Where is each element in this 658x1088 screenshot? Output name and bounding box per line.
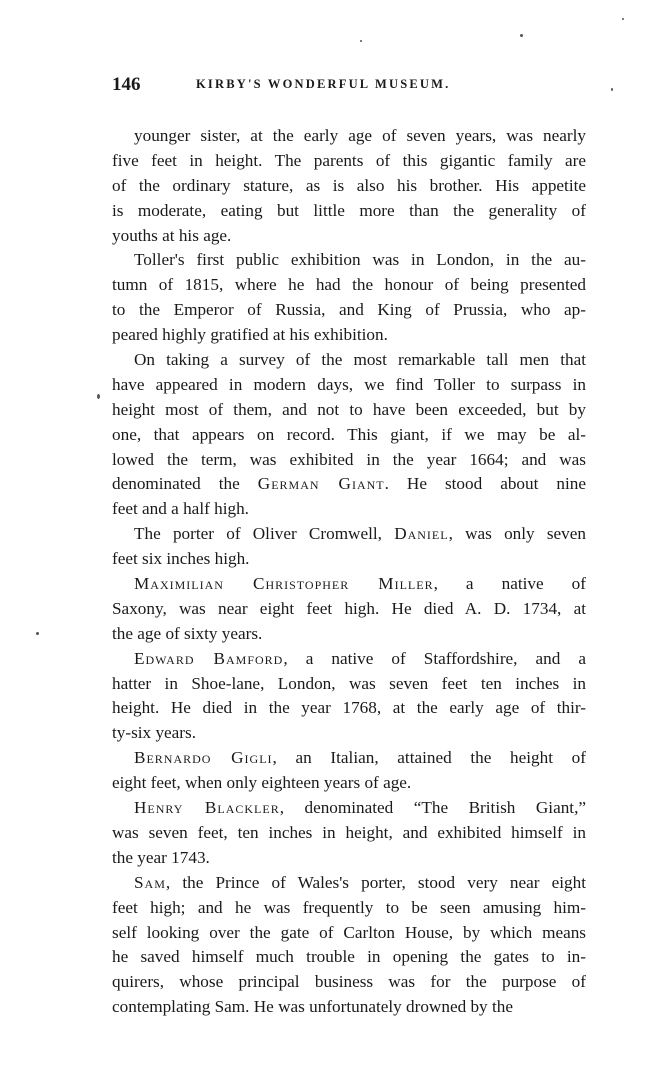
text-line: one, that appears on record. This giant,… [112, 423, 586, 448]
text-line: ty-six years. [112, 721, 586, 746]
text-line: feet and a half high. [112, 497, 586, 522]
paragraph: younger sister, at the early age of seve… [112, 124, 586, 248]
paragraph: Maximilian Christopher Miller, a native … [112, 572, 586, 647]
text-line: have appeared in modern days, we find To… [112, 373, 586, 398]
text-line: height most of them, and not to have bee… [112, 398, 586, 423]
text-line: five feet in height. The parents of this… [112, 149, 586, 174]
paragraph: Toller's first public exhibition was in … [112, 248, 586, 348]
text-line: the age of sixty years. [112, 622, 586, 647]
text-line: Saxony, was near eight feet high. He die… [112, 597, 586, 622]
scan-speck [360, 40, 362, 42]
text-line: The porter of Oliver Cromwell, Daniel, w… [112, 522, 586, 547]
text-line: peared highly gratified at his exhibitio… [112, 323, 586, 348]
scan-speck [622, 18, 624, 20]
text-line: self looking over the gate of Carlton Ho… [112, 921, 586, 946]
page-header: 146 KIRBY'S WONDERFUL MUSEUM. [112, 74, 586, 102]
text-line: eight feet, when only eighteen years of … [112, 771, 586, 796]
text-line: quirers, whose principal business was fo… [112, 970, 586, 995]
paragraph: The porter of Oliver Cromwell, Daniel, w… [112, 522, 586, 572]
page-number: 146 [112, 74, 141, 96]
text-line: lowed the term, was exhibited in the yea… [112, 448, 586, 473]
paragraph: Bernardo Gigli, an Italian, attained the… [112, 746, 586, 796]
text-line: to the Emperor of Russia, and King of Pr… [112, 298, 586, 323]
scan-speck [611, 88, 613, 91]
text-line: youths at his age. [112, 224, 586, 249]
text-line: of the ordinary stature, as is also his … [112, 174, 586, 199]
text-line: feet six inches high. [112, 547, 586, 572]
page-body: younger sister, at the early age of seve… [112, 124, 586, 1020]
scan-speck [97, 394, 100, 399]
text-line: denominated the German Giant. He stood a… [112, 472, 586, 497]
book-page: 146 KIRBY'S WONDERFUL MUSEUM. younger si… [112, 74, 586, 1020]
text-line: is moderate, eating but little more than… [112, 199, 586, 224]
text-line: Maximilian Christopher Miller, a native … [112, 572, 586, 597]
text-line: tumn of 1815, where he had the honour of… [112, 273, 586, 298]
text-line: Bernardo Gigli, an Italian, attained the… [112, 746, 586, 771]
scan-speck [36, 632, 39, 635]
text-line: was seven feet, ten inches in height, an… [112, 821, 586, 846]
text-line: height. He died in the year 1768, at the… [112, 696, 586, 721]
scan-speck [520, 34, 523, 37]
paragraph: Edward Bamford, a native of Staffordshir… [112, 647, 586, 747]
text-line: Sam, the Prince of Wales's porter, stood… [112, 871, 586, 896]
paragraph: Henry Blackler, denominated “The British… [112, 796, 586, 871]
text-line: the year 1743. [112, 846, 586, 871]
text-line: Edward Bamford, a native of Staffordshir… [112, 647, 586, 672]
text-line: he saved himself much trouble in opening… [112, 945, 586, 970]
paragraph: On taking a survey of the most remarkabl… [112, 348, 586, 522]
text-line: younger sister, at the early age of seve… [112, 124, 586, 149]
text-line: hatter in Shoe-lane, London, was seven f… [112, 672, 586, 697]
paragraph: Sam, the Prince of Wales's porter, stood… [112, 871, 586, 1020]
text-line: On taking a survey of the most remarkabl… [112, 348, 586, 373]
text-line: Henry Blackler, denominated “The British… [112, 796, 586, 821]
running-title: KIRBY'S WONDERFUL MUSEUM. [196, 77, 450, 92]
text-line: contemplating Sam. He was unfortunately … [112, 995, 586, 1020]
text-line: feet high; and he was frequently to be s… [112, 896, 586, 921]
text-line: Toller's first public exhibition was in … [112, 248, 586, 273]
